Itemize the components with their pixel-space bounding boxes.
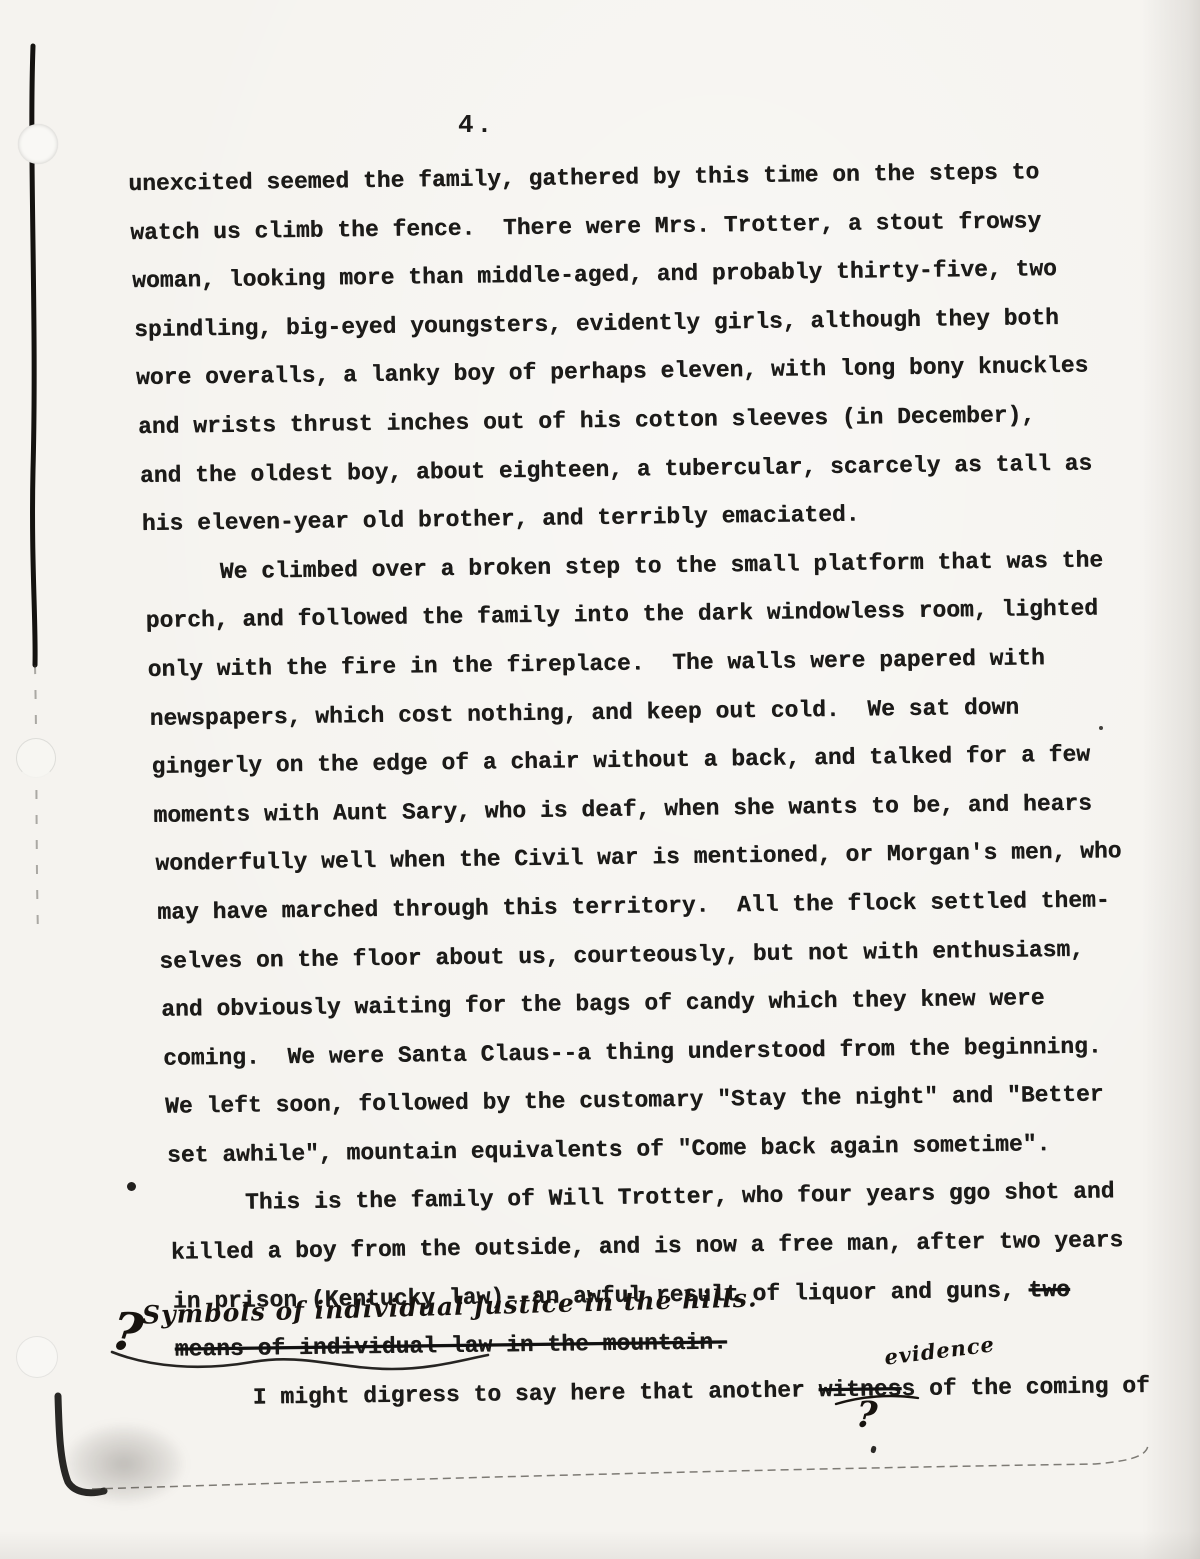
- margin-ink-dot: [127, 1182, 136, 1191]
- typed-text: gingerly on the edge of a chair without …: [151, 742, 1090, 780]
- typed-text-block: unexcited seemed the family, gathered by…: [128, 146, 1184, 1423]
- typed-text: woman, looking more than middle-aged, an…: [132, 256, 1057, 294]
- punch-hole-top: [18, 124, 58, 164]
- page-number: 4.: [458, 110, 495, 140]
- typed-text: only with the fire in the fireplace. The…: [148, 645, 1045, 683]
- scan-edge-shadow-bottom: [0, 1531, 1200, 1559]
- typed-text: may have marched through this territory.…: [157, 887, 1110, 925]
- manuscript-page: 4. unexcited seemed the family, gathered…: [0, 0, 1200, 1559]
- typed-text: wore overalls, a lanky boy of perhaps el…: [136, 353, 1089, 391]
- typed-text: selves on the floor about us, courteousl…: [159, 936, 1084, 974]
- typed-text: set awhile", mountain equivalents of "Co…: [167, 1131, 1051, 1169]
- typed-text: watch us climb the fence. There were Mrs…: [130, 208, 1041, 246]
- typed-text: wonderfully well when the Civil war is m…: [155, 838, 1121, 877]
- typed-text: killed a boy from the outside, and is no…: [171, 1227, 1124, 1265]
- punch-hole-bottom: [16, 1336, 58, 1378]
- typed-text: moments with Aunt Sary, who is deaf, whe…: [153, 790, 1092, 828]
- typed-text: We climbed over a broken step to the sma…: [220, 547, 1104, 585]
- margin-query-mark: ?: [108, 1300, 146, 1364]
- typed-text: We left soon, followed by the customary …: [165, 1082, 1104, 1120]
- binding-mark-faint: [35, 665, 38, 935]
- typed-text: unexcited seemed the family, gathered by…: [128, 159, 1039, 197]
- stray-ink-dot: [1099, 726, 1103, 730]
- typed-text: This is the family of Will Trotter, who …: [245, 1179, 1115, 1216]
- typed-text: spindling, big-eyed youngsters, evidentl…: [134, 305, 1059, 343]
- typed-text: newspapers, which cost nothing, and keep…: [149, 694, 1019, 731]
- struck-text: means of individual law in the mountain.: [175, 1330, 727, 1363]
- query-mark-below-witness: ?: [855, 1393, 879, 1436]
- typed-text: his eleven-year old brother, and terribl…: [142, 502, 860, 537]
- typed-text: and wrists thrust inches out of his cott…: [138, 402, 1035, 440]
- typed-text: and obviously waiting for the bags of ca…: [161, 985, 1045, 1023]
- struck-text: two: [1028, 1276, 1070, 1303]
- typed-text: coming. We were Santa Claus--a thing und…: [163, 1033, 1102, 1071]
- typed-text: porch, and followed the family into the …: [146, 596, 1099, 634]
- typed-text: and the oldest boy, about eighteen, a tu…: [140, 450, 1093, 488]
- typed-text: I might digress to say here that another: [253, 1377, 819, 1410]
- typed-text: s of the coming of: [901, 1373, 1150, 1402]
- query-ink-dot: [870, 1445, 877, 1453]
- punch-hole-middle: [16, 738, 56, 778]
